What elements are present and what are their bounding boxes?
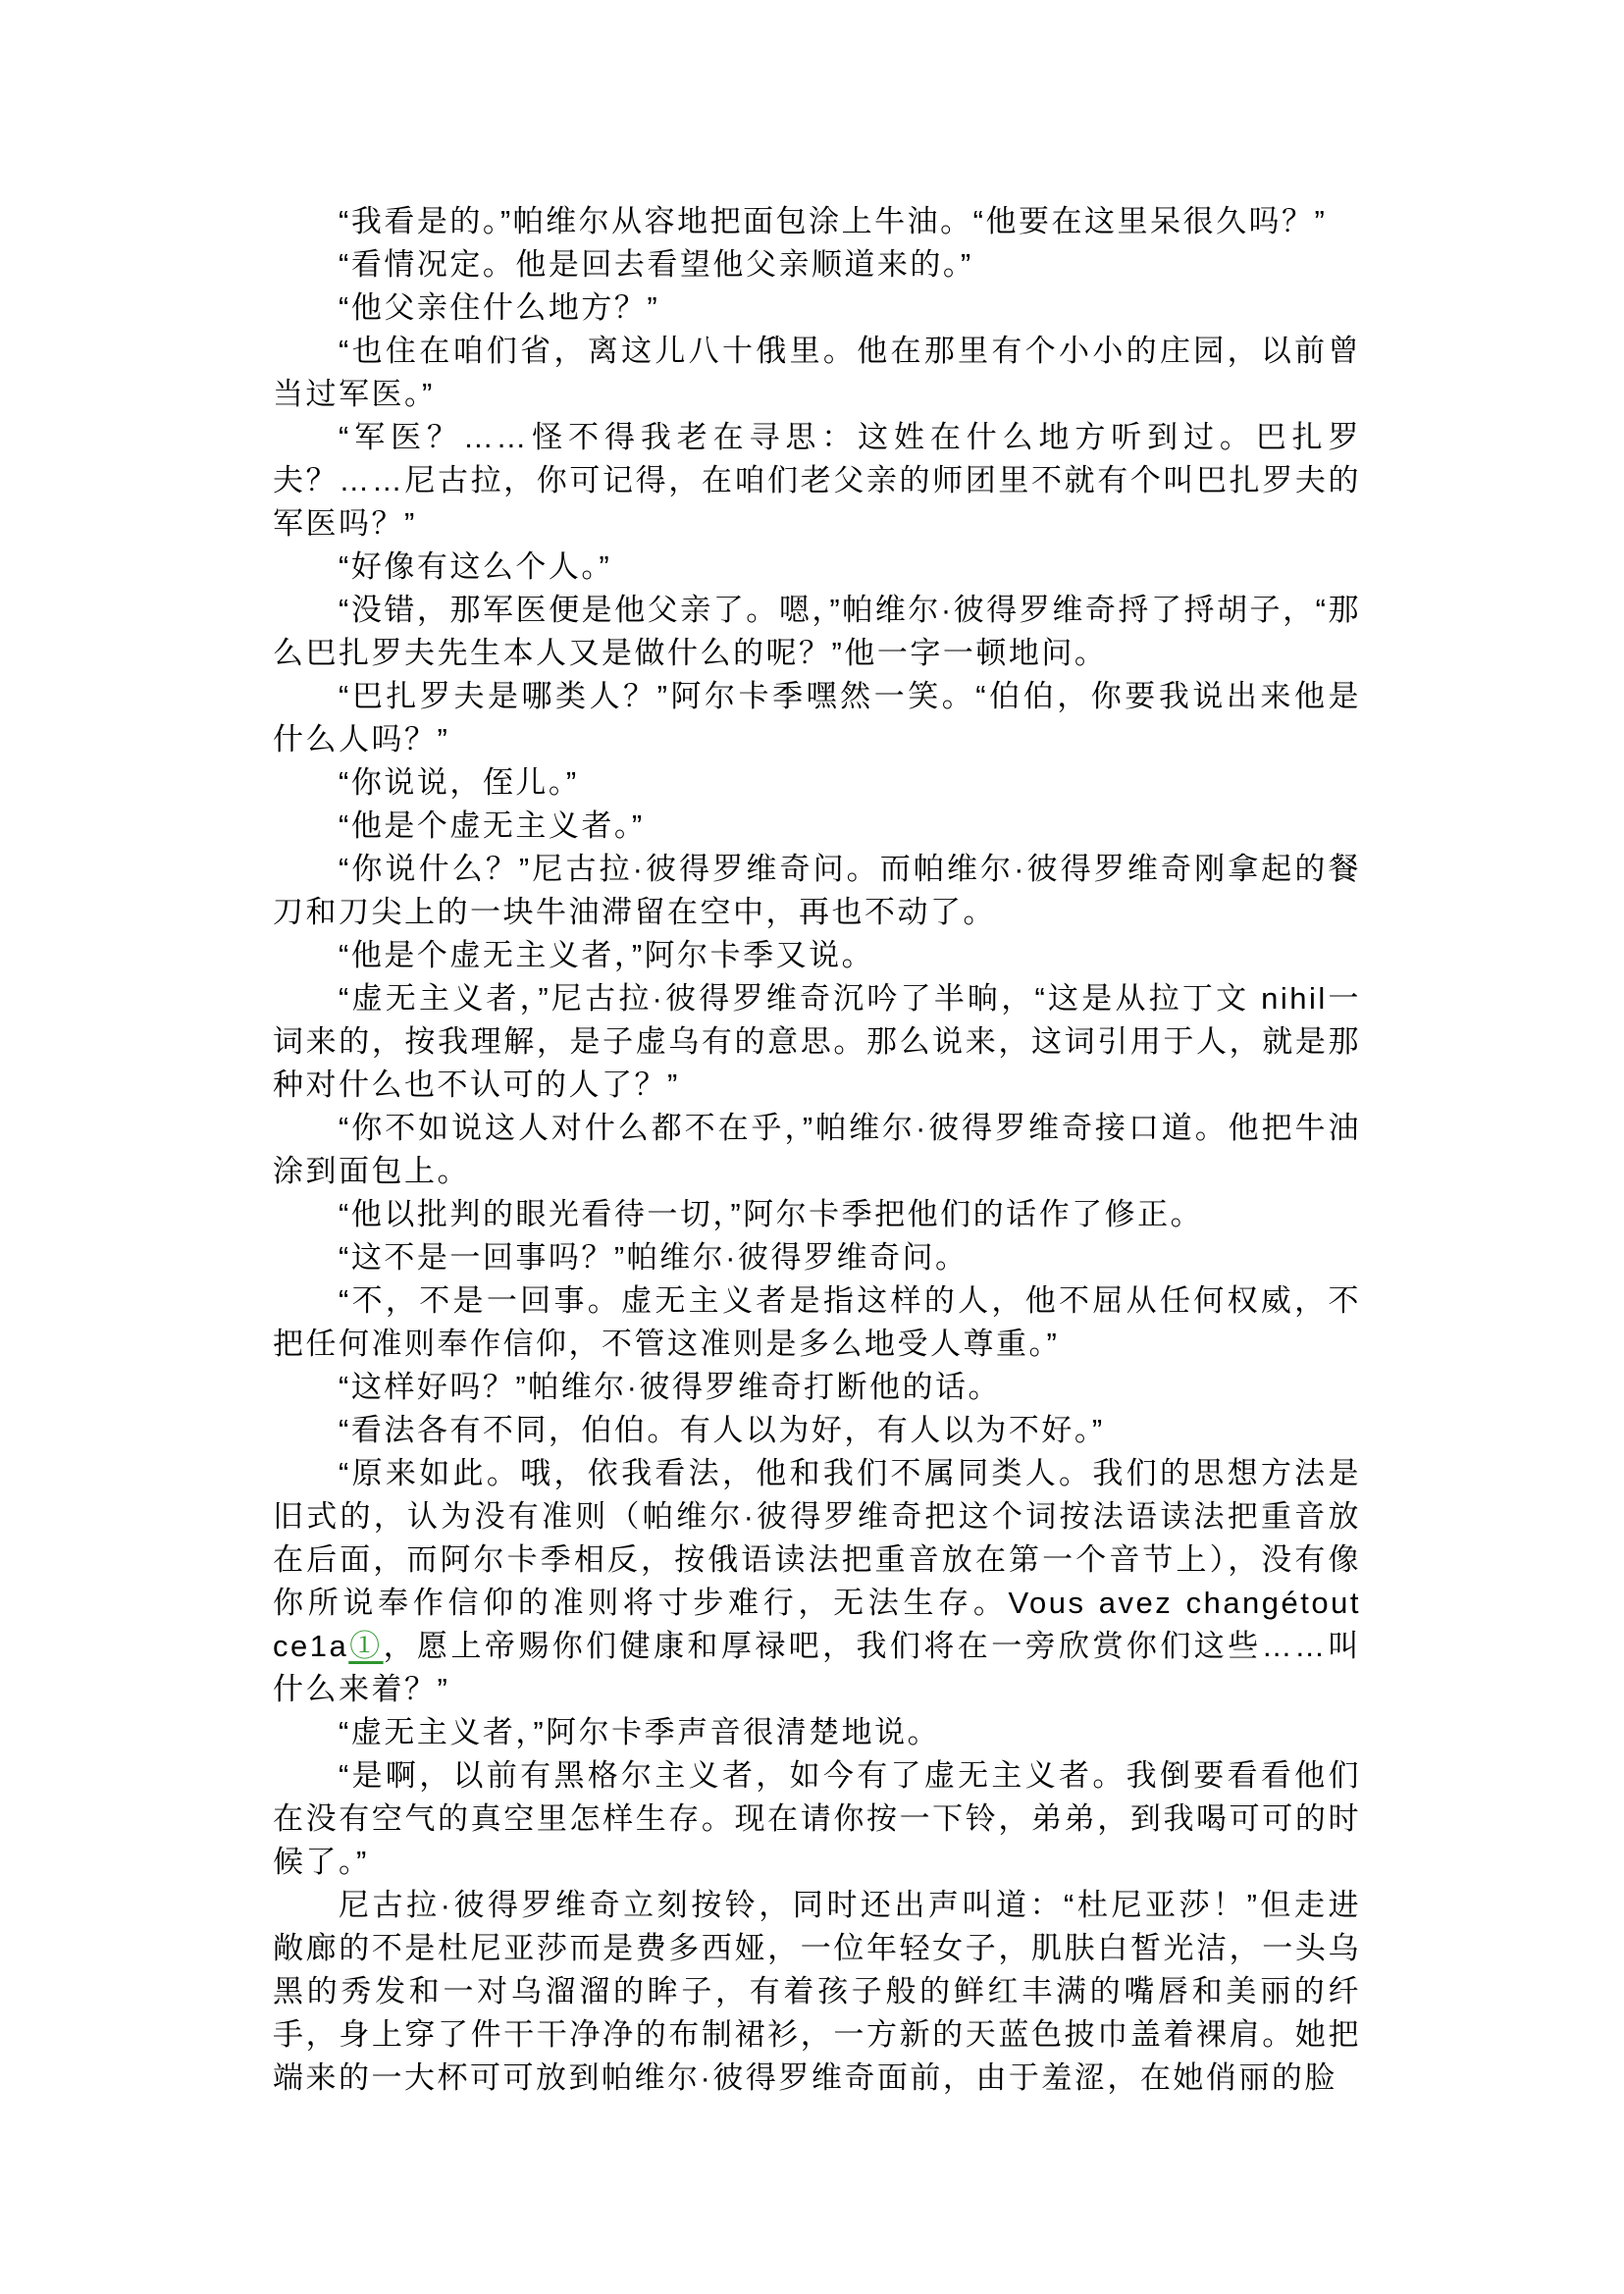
paragraph-text-after-footnote: ，愿上帝赐你们健康和厚禄吧，我们将在一旁欣赏你们这些……叫什么来着？” [273, 1629, 1361, 1706]
paragraph: “看法各有不同，伯伯。有人以为好，有人以为不好。” [273, 1409, 1361, 1452]
paragraph: “我看是的。”帕维尔从容地把面包涂上牛油。“他要在这里呆很久吗？” [273, 200, 1361, 243]
paragraph: “他是个虚无主义者。” [273, 805, 1361, 848]
paragraph: “这不是一回事吗？”帕维尔·彼得罗维奇问。 [273, 1236, 1361, 1279]
paragraph: “你不如说这人对什么都不在乎，”帕维尔·彼得罗维奇接口道。他把牛油涂到面包上。 [273, 1107, 1361, 1193]
document-page: “我看是的。”帕维尔从容地把面包涂上牛油。“他要在这里呆很久吗？” “看情况定。… [0, 0, 1624, 2294]
paragraph: “也住在咱们省，离这儿八十俄里。他在那里有个小小的庄园，以前曾当过军医。” [273, 330, 1361, 416]
paragraph: “看情况定。他是回去看望他父亲顺道来的。” [273, 243, 1361, 287]
paragraph: “你说说，侄儿。” [273, 761, 1361, 805]
footnote-ref-1-link[interactable]: ① [348, 1629, 383, 1663]
paragraph: “他是个虚无主义者，”阿尔卡季又说。 [273, 934, 1361, 977]
paragraph: “是啊，以前有黑格尔主义者，如今有了虚无主义者。我倒要看看他们在没有空气的真空里… [273, 1754, 1361, 1884]
paragraph: “虚无主义者，”阿尔卡季声音很清楚地说。 [273, 1711, 1361, 1754]
paragraph: “虚无主义者，”尼古拉·彼得罗维奇沉吟了半晌，“这是从拉丁文 nihil一词来的… [273, 977, 1361, 1107]
paragraph: “军医？……怪不得我老在寻思：这姓在什么地方听到过。巴扎罗夫？……尼古拉，你可记… [273, 416, 1361, 546]
paragraph: “好像有这么个人。” [273, 546, 1361, 589]
paragraph: “你说什么？”尼古拉·彼得罗维奇问。而帕维尔·彼得罗维奇刚拿起的餐刀和刀尖上的一… [273, 848, 1361, 934]
paragraph: “他父亲住什么地方？” [273, 287, 1361, 330]
paragraph: “这样好吗？”帕维尔·彼得罗维奇打断他的话。 [273, 1366, 1361, 1409]
paragraph: “巴扎罗夫是哪类人？”阿尔卡季嘿然一笑。“伯伯，你要我说出来他是什么人吗？” [273, 675, 1361, 761]
paragraph-with-footnote: “原来如此。哦，依我看法，他和我们不属同类人。我们的思想方法是旧式的，认为没有准… [273, 1452, 1361, 1711]
body-text-block: “我看是的。”帕维尔从容地把面包涂上牛油。“他要在这里呆很久吗？” “看情况定。… [273, 200, 1361, 2100]
paragraph: “他以批判的眼光看待一切，”阿尔卡季把他们的话作了修正。 [273, 1193, 1361, 1236]
paragraph: “没错，那军医便是他父亲了。嗯，”帕维尔·彼得罗维奇捋了捋胡子，“那么巴扎罗夫先… [273, 589, 1361, 675]
paragraph: 尼古拉·彼得罗维奇立刻按铃，同时还出声叫道：“杜尼亚莎！”但走进敞廊的不是杜尼亚… [273, 1884, 1361, 2100]
paragraph: “不，不是一回事。虚无主义者是指这样的人，他不屈从任何权威，不把任何准则奉作信仰… [273, 1279, 1361, 1366]
